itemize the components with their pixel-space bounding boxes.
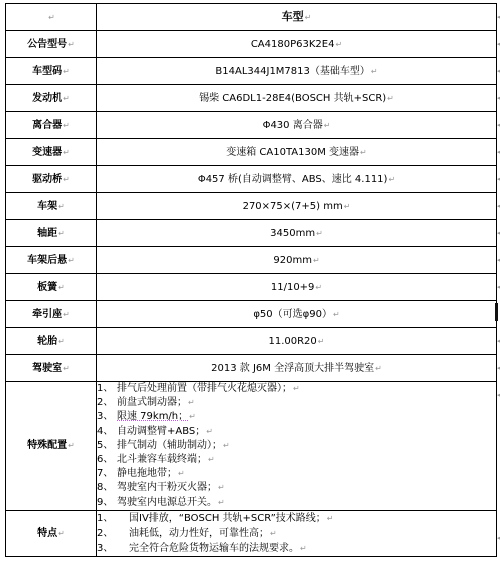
paragraph-mark-icon: ↵	[387, 94, 394, 103]
paragraph-mark-icon: ↵	[63, 121, 70, 130]
row-value: φ50（可选φ90）↵	[97, 301, 497, 328]
paragraph-mark-icon: ↵	[316, 229, 323, 238]
paragraph-mark-icon: ↵	[335, 40, 342, 49]
row-value: 270×75×(7+5) mm↵	[97, 193, 497, 220]
spec-row-clutch: 离合器↵ Φ430 离合器↵	[6, 112, 497, 139]
paragraph-mark-icon: ↵	[315, 283, 322, 292]
header-label-cell: ↵	[6, 4, 97, 31]
row-label: 特殊配置↵	[6, 382, 97, 511]
paragraph-mark-icon: ↵	[68, 40, 75, 49]
paragraph-mark-icon: ↵	[63, 364, 70, 373]
list-item: 1、排气后处理前置（带排气火花熄灭器）；↵	[97, 382, 496, 396]
list-item: 9、驾驶室内电源总开关。↵	[97, 496, 496, 510]
row-end-selection-marker	[495, 303, 498, 321]
paragraph-mark-icon: ↵	[189, 412, 196, 421]
document-page: ↵ 车型↵ 公告型号↵ CA4180P63K2E4↵ 车型码↵ B14AL344…	[5, 3, 496, 557]
row-value: 2013 款 J6M 全浮高顶大排半驾驶室↵	[97, 355, 497, 382]
row-value: Φ430 离合器↵	[97, 112, 497, 139]
paragraph-mark-icon: ↵	[58, 529, 65, 538]
row-label: 牵引座↵	[6, 301, 97, 328]
list-item: 7、静电拖地带；↵	[97, 467, 496, 481]
paragraph-mark-icon: ↵	[63, 148, 70, 157]
row-value: CA4180P63K2E4↵	[97, 31, 497, 58]
row-value: B14AL344J1M7813（基础车型）↵	[97, 58, 497, 85]
features-list: 1、国IV排放，“BOSCH 共轨+SCR”技术路线；↵ 2、油耗低，动力性好，…	[97, 510, 497, 556]
spec-row-transmission: 变速器↵ 变速箱 CA10TA130M 变速器↵	[6, 139, 497, 166]
row-label: 车架后悬↵	[6, 247, 97, 274]
paragraph-mark-icon: ↵	[63, 67, 70, 76]
paragraph-mark-icon: ↵	[324, 121, 331, 130]
paragraph-mark-icon: ↵	[360, 148, 367, 157]
spec-row-rear-overhang: 车架后悬↵ 920mm↵	[6, 247, 497, 274]
row-value: Φ457 桥(自动调整臂、ABS、速比 4.111)↵	[97, 166, 497, 193]
spec-row-features: 特点↵ 1、国IV排放，“BOSCH 共轨+SCR”技术路线；↵ 2、油耗低，动…	[6, 510, 497, 556]
row-label: 特点↵	[6, 510, 97, 556]
spec-row-frame: 车架↵ 270×75×(7+5) mm↵	[6, 193, 497, 220]
row-label: 轮胎↵	[6, 328, 97, 355]
paragraph-mark-icon: ↵	[218, 498, 225, 507]
paragraph-mark-icon: ↵	[270, 529, 277, 538]
paragraph-mark-icon: ↵	[327, 514, 334, 523]
list-item: 3、完全符合危险货物运输车的法规要求。↵	[97, 541, 496, 556]
column-title: 车型	[282, 10, 304, 23]
paragraph-mark-icon: ↵	[305, 13, 312, 22]
row-label: 车架↵	[6, 193, 97, 220]
row-value: 变速箱 CA10TA130M 变速器↵	[97, 139, 497, 166]
spec-row-leaf-spring: 板簧↵ 11/10+9↵	[6, 274, 497, 301]
row-value: 11/10+9↵	[97, 274, 497, 301]
row-label: 车型码↵	[6, 58, 97, 85]
paragraph-mark-icon: ↵	[388, 175, 395, 184]
paragraph-mark-icon: ↵	[293, 384, 300, 393]
row-value: 920mm↵	[97, 247, 497, 274]
spec-row-cab: 驾驶室↵ 2013 款 J6M 全浮高顶大排半驾驶室↵	[6, 355, 497, 382]
list-item: 6、北斗兼容车载终端；↵	[97, 453, 496, 467]
header-value-cell: 车型↵	[97, 4, 497, 31]
paragraph-mark-icon: ↵	[318, 337, 325, 346]
list-item: 5、排气制动（辅助制动）；↵	[97, 439, 496, 453]
list-item: 4、自动调整臂+ABS；↵	[97, 425, 496, 439]
spec-row-announcement-model: 公告型号↵ CA4180P63K2E4↵	[6, 31, 497, 58]
spec-row-special-config: 特殊配置↵ 1、排气后处理前置（带排气火花熄灭器）；↵ 2、前盘式制动器；↵ 3…	[6, 382, 497, 511]
list-item: 8、驾驶室内干粉灭火器；↵	[97, 481, 496, 495]
paragraph-mark-icon: ↵	[58, 283, 65, 292]
list-item: 1、国IV排放，“BOSCH 共轨+SCR”技术路线；↵	[97, 511, 496, 526]
row-label: 离合器↵	[6, 112, 97, 139]
vehicle-spec-table: ↵ 车型↵ 公告型号↵ CA4180P63K2E4↵ 车型码↵ B14AL344…	[5, 3, 497, 557]
paragraph-mark-icon: ↵	[188, 398, 195, 407]
special-config-list: 1、排气后处理前置（带排气火花熄灭器）；↵ 2、前盘式制动器；↵ 3、限速 79…	[97, 382, 497, 511]
row-label: 变速器↵	[6, 139, 97, 166]
row-value: 锡柴 CA6DL1-28E4(BOSCH 共轨+SCR)↵	[97, 85, 497, 112]
paragraph-mark-icon: ↵	[63, 94, 70, 103]
paragraph-mark-icon: ↵	[223, 441, 230, 450]
row-label: 轴距↵	[6, 220, 97, 247]
spec-row-fifth-wheel: 牵引座↵ φ50（可选φ90）↵	[6, 301, 497, 328]
row-label: 公告型号↵	[6, 31, 97, 58]
list-item: 2、油耗低，动力性好，可靠性高；↵	[97, 526, 496, 541]
row-value: 11.00R20↵	[97, 328, 497, 355]
row-value: 3450mm↵	[97, 220, 497, 247]
paragraph-mark-icon: ↵	[48, 13, 55, 22]
paragraph-mark-icon: ↵	[63, 310, 70, 319]
paragraph-mark-icon: ↵	[333, 310, 340, 319]
paragraph-mark-icon: ↵	[178, 469, 185, 478]
header-row: ↵ 车型↵	[6, 4, 497, 31]
paragraph-mark-icon: ↵	[300, 544, 307, 553]
row-label: 发动机↵	[6, 85, 97, 112]
paragraph-mark-icon: ↵	[313, 256, 320, 265]
paragraph-mark-icon: ↵	[58, 337, 65, 346]
spec-row-wheelbase: 轴距↵ 3450mm↵	[6, 220, 497, 247]
paragraph-mark-icon: ↵	[208, 455, 215, 464]
list-item: 2、前盘式制动器；↵	[97, 396, 496, 410]
list-item: 3、限速 79km/h；↵	[97, 410, 496, 424]
paragraph-mark-icon: ↵	[68, 256, 75, 265]
spec-row-drive-axle: 驱动桥↵ Φ457 桥(自动调整臂、ABS、速比 4.111)↵	[6, 166, 497, 193]
paragraph-mark-icon: ↵	[58, 202, 65, 211]
paragraph-mark-icon: ↵	[371, 67, 378, 76]
paragraph-mark-icon: ↵	[344, 202, 351, 211]
spec-row-model-code: 车型码↵ B14AL344J1M7813（基础车型）↵	[6, 58, 497, 85]
paragraph-mark-icon: ↵	[206, 427, 213, 436]
paragraph-mark-icon: ↵	[63, 175, 70, 184]
row-label: 板簧↵	[6, 274, 97, 301]
paragraph-mark-icon: ↵	[375, 364, 382, 373]
spec-row-tires: 轮胎↵ 11.00R20↵	[6, 328, 497, 355]
paragraph-mark-icon: ↵	[218, 483, 225, 492]
row-label: 驱动桥↵	[6, 166, 97, 193]
paragraph-mark-icon: ↵	[68, 441, 75, 450]
spec-row-engine: 发动机↵ 锡柴 CA6DL1-28E4(BOSCH 共轨+SCR)↵	[6, 85, 497, 112]
paragraph-mark-icon: ↵	[58, 229, 65, 238]
row-label: 驾驶室↵	[6, 355, 97, 382]
